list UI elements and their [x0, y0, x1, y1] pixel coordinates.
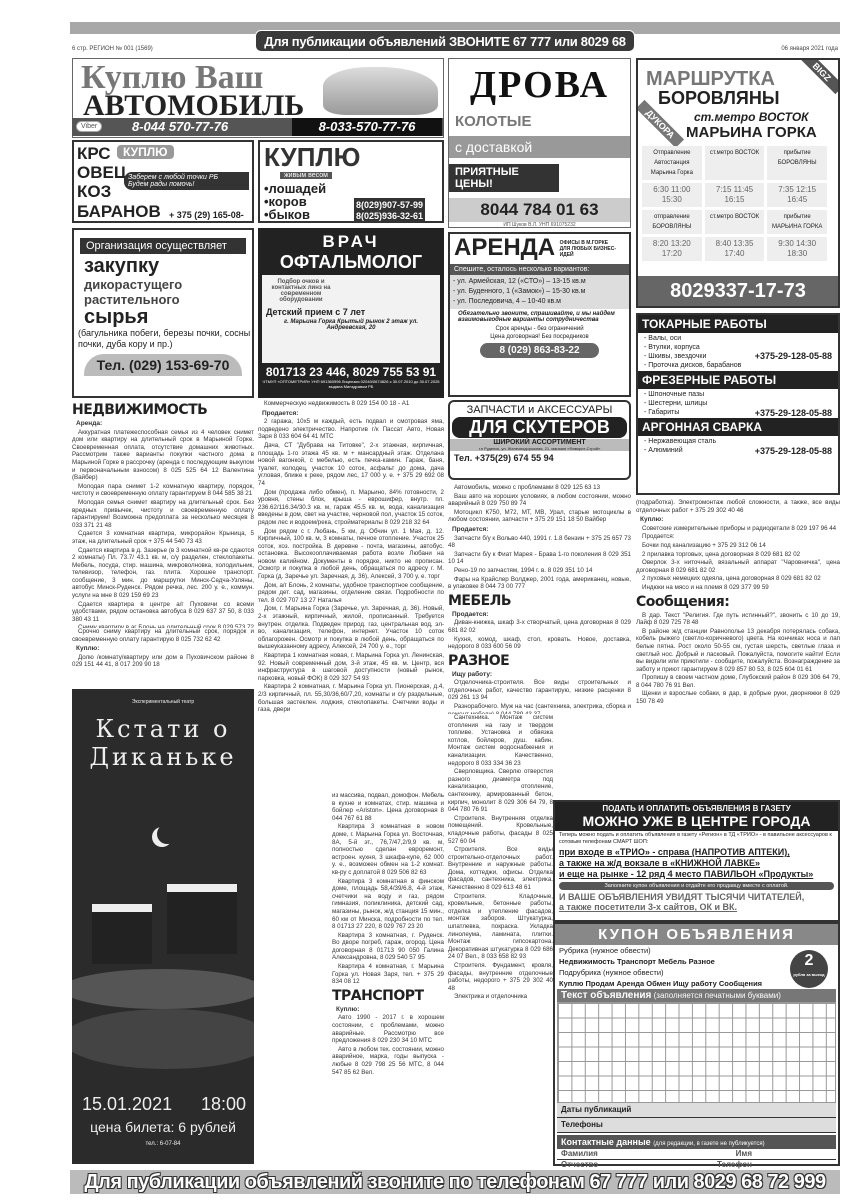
zak-l4: сырья — [84, 307, 252, 328]
vrach-panel: Подбор очков и контактных линз на соврем… — [262, 275, 440, 363]
ad-item: Запчасти б/у к Вольво 440, 1991 г. 1.8 б… — [448, 535, 631, 550]
tok-s2: ФРЕЗЕРНЫЕ РАБОТЫ — [638, 371, 838, 389]
poster-time: 18:00 — [201, 1094, 246, 1115]
ad-item: Рено-19 по запчастям, 1994 г. в. 8 029 3… — [448, 567, 631, 575]
drova-title: ДРОВА — [449, 63, 630, 107]
ad-item: Бочки под канализацию + 375 29 312 06 14 — [636, 542, 840, 550]
ad-item: Сдается квартира в д. Зазерье (в 3 комна… — [72, 547, 254, 600]
ad-item: Строителя. Все виды строительно-отделочн… — [448, 846, 553, 892]
section-title-realty: НЕДВИЖИМОСТЬ — [72, 402, 254, 418]
subsection-buy: Куплю: — [76, 645, 254, 653]
ad-item: Молодая семья снимет квартиру на длитель… — [72, 499, 254, 529]
surname-field[interactable]: Фамилия — [561, 1149, 598, 1159]
livestock-items: •лошадей •коров •быков — [264, 182, 326, 221]
drova-legal: ИП Шуков В.Л. УНП 691075232 — [449, 222, 630, 228]
ad-coupon-form: КУПОН ОБЪЯВЛЕНИЯ 2рубля за выход Рубрика… — [553, 922, 840, 1166]
ad-item: Сантехника. Монтаж систем отопления на г… — [448, 714, 553, 767]
ad-item: Автомобиль, можно с проблемами 8 029 125… — [448, 484, 631, 492]
schedule-cell: 8:20 13:20 17:20 — [642, 237, 702, 261]
tok-s3: АРГОННАЯ СВАРКА — [638, 418, 838, 436]
ad-item: Дом, г. Марьина Горка (Заречье, ул. Заре… — [258, 605, 444, 651]
promo-hd1: ПОДАТЬ И ОПЛАТИТЬ ОБЪЯВЛЕНИЯ В ГАЗЕТУ — [555, 802, 838, 813]
ad-item: 2 прилавка торговых, цена договорная 8 0… — [636, 551, 840, 559]
zak-details: (багульника побеги, березы почки, сосны … — [78, 328, 252, 350]
ad-item: Строителя. Кладочные, кровельные, бетонн… — [448, 893, 553, 961]
zak-header: Организация осуществляет — [80, 238, 246, 254]
ad-item: Сдается квартира в центре а/г Пуховичи с… — [72, 601, 254, 624]
schedule-cell: отправление БОРОВЛЯНЫ — [642, 210, 702, 234]
promo-r1: И ВАШЕ ОБЪЯВЛЕНИЯ УВИДЯТ ТЫСЯЧИ ЧИТАТЕЛЕ… — [555, 892, 838, 902]
text-label-hint: (заполняется печатными буквами) — [654, 991, 781, 1000]
subsection-sell: Продается: — [262, 410, 444, 418]
ad-item: Дом, а/г Блонь, 2 комнаты, удобное транс… — [258, 582, 444, 605]
skut-l2: ДЛЯ СКУТЕРОВ — [452, 417, 627, 438]
marsh-line2: БОРОВЛЯНЫ — [658, 88, 779, 109]
ad-item: Коммерческую недвижимость 8 029 154 00 1… — [258, 400, 444, 408]
ad-item: Квартира 1 комнатная новая, г. Марьина Г… — [258, 652, 444, 682]
ad-item: Сверловщика. Сверлю отверстия разного ди… — [448, 768, 553, 814]
ad-livestock-krs: КРС ОВЕЦ КОЗ БАРАНОВ КУПЛЮ Заберем с люб… — [72, 140, 254, 223]
ad-item: из массива, подвал, домофон. Мебель в ку… — [332, 792, 444, 822]
ad-item: Авто в любом тех. состоянии, можно авари… — [332, 1046, 444, 1076]
name-field[interactable]: Имя — [736, 1149, 752, 1159]
livestock-sub: живым весом — [280, 172, 332, 179]
ad-item: Щенки и взрослые собаки, в дар, в добрые… — [636, 690, 840, 705]
zak-l1: закупку — [84, 256, 252, 277]
krs-slogan: Заберем с любой точки РБ Будем рады помо… — [124, 172, 249, 190]
ad-item: Разнорабочего. Муж на час (сантехника, э… — [448, 703, 631, 714]
section-title-messages: Сообщения: — [636, 594, 840, 610]
ad-item: Квартира 2 комнатная, г. Марьина Горка у… — [258, 683, 444, 713]
page-info: 6 стр. РЕГИОН № 001 (1569) — [72, 46, 153, 52]
promo-pill: Заполните купон объявления и отдайте его… — [559, 882, 834, 890]
vrach-p3: г. Марьина Горка Крытый рынок 2 этаж ул.… — [266, 319, 436, 331]
subsection-transport-sell: Продается: — [452, 526, 631, 534]
classifieds-col-1: НЕДВИЖИМОСТЬ Аренда: Аккуратная платежес… — [72, 400, 254, 628]
promo-l1: Теперь можно подать и оплатить объявлени… — [555, 831, 838, 847]
marsh-phone: 8029337-17-73 — [638, 276, 838, 306]
ad-item: Фары на Крайслер Волджер, 2001 года, аме… — [448, 576, 631, 591]
promo-u1: при входе в «ТРИО» - справа (НАПРОТИВ АП… — [555, 847, 838, 858]
vrach-p1: Подбор очков и контактных линз на соврем… — [266, 279, 336, 303]
contact-label-main: Контактные данные — [561, 1137, 651, 1147]
ad-item: 2 пуховых немецких одеяла, цена договорн… — [636, 575, 840, 583]
drova-sub2: с доставкой — [449, 136, 630, 158]
subsection-misc-buy: Куплю: — [640, 516, 840, 524]
ad-item: Молодая пара снимет 1-2 комнатную кварти… — [72, 483, 254, 498]
tok-item: - Шестерни, шлицы — [644, 399, 832, 408]
ad-item: Диван-книжка, шкаф 3-х створчатый, цена … — [448, 619, 631, 634]
zak-l2: дикорастущего — [84, 277, 252, 292]
classifieds-col-3: Автомобиль, можно с проблемами 8 029 125… — [448, 484, 631, 714]
vrach-l1: ВРАЧ — [258, 232, 444, 252]
livestock-title: КУПЛЮ — [264, 142, 360, 173]
ad-item: Ваш авто на хороших условиях, в любом со… — [448, 493, 631, 508]
vrach-phone: 801713 23 446, 8029 755 53 91 — [258, 365, 444, 379]
ad-herb-purchase: Организация осуществляет закупку дикорас… — [72, 228, 254, 398]
zak-l3: растительного — [84, 292, 252, 307]
ad-item: 2 гаража, 10х5 м каждый, есть подвал и с… — [258, 418, 444, 441]
house-illustration — [167, 884, 237, 954]
schedule-cell: 9:30 14:30 18:30 — [767, 237, 827, 261]
subsection-furniture-sell: Продается: — [452, 611, 631, 619]
promo-box: ПОДАТЬ И ОПЛАТИТЬ ОБЪЯВЛЕНИЯ В ГАЗЕТУ МО… — [553, 800, 840, 922]
classifieds-col-3b: Сантехника. Монтаж систем отопления на г… — [448, 714, 553, 1167]
schedule-cell: ст.метро ВОСТОК — [705, 210, 765, 234]
badge-number: 2 — [790, 950, 828, 972]
ad-machining: ТОКАРНЫЕ РАБОТЫ - Валы, оси - Втулки, ко… — [636, 313, 840, 495]
subsection-misc-sell: Продается: — [636, 533, 840, 541]
subsection-rent: Аренда: — [76, 420, 254, 428]
snow-hill — [72, 969, 254, 1009]
ad-item: Аккуратная платежеспособная семья из 4 ч… — [72, 429, 254, 482]
ad-item: Сдается 3 комнатная квартира, микрорайон… — [72, 530, 254, 545]
schedule-cell: 7:35 12:15 16:45 — [767, 183, 827, 207]
krs-item: БАРАНОВ — [77, 202, 161, 221]
contact-label-hint: (для редакции, в газете не публикуется) — [653, 1141, 764, 1147]
house-illustration — [92, 904, 152, 964]
krs-item: ОВЕЦ — [77, 163, 126, 182]
badge-text: рубля за выход — [790, 972, 828, 977]
schedule-cell: прибытие БОРОВЛЯНЫ — [767, 146, 827, 180]
tok-s3-list: - Нержавеющая сталь - Алюминий +375-29-1… — [638, 436, 838, 456]
tok-s1: ТОКАРНЫЕ РАБОТЫ — [638, 315, 838, 333]
page-date: 06 января 2021 года — [781, 46, 838, 52]
poster-date: 15.01.2021 — [82, 1094, 172, 1115]
vrach-p2: Детский прием с 7 лет — [266, 307, 436, 317]
section-title-furniture: МЕБЕЛЬ — [448, 593, 631, 609]
marsh-line4: МАРЬИНА ГОРКА — [686, 124, 817, 141]
ad-ophthalmologist: ВРАЧ ОФТАЛЬМОЛОГ Подбор очков и контактн… — [258, 228, 444, 398]
vrach-l2: ОФТАЛЬМОЛОГ — [258, 252, 444, 273]
tok-item: - Шпоночные пазы — [644, 390, 832, 399]
ad-item: Квартира 4 комнатная, г. Марьина Горка у… — [332, 963, 444, 986]
krs-slogan-1: Заберем с любой точки РБ — [128, 174, 245, 181]
ad-scooter-parts: ЗАПЧАСТИ и АКСЕССУАРЫ ДЛЯ СКУТЕРОВ ШИРОК… — [448, 400, 631, 480]
krs-phone: + 375 (29) 165-08-08 — [169, 210, 252, 223]
marsh-line3: ст.метро ВОСТОК — [694, 110, 809, 124]
poster-price: цена билета: 6 рублей — [72, 1119, 254, 1135]
car-image — [323, 67, 438, 115]
ad-item: В районе ж/д станции Равнополье 13 декаб… — [636, 628, 840, 674]
drova-sub3: ПРИЯТНЫЕ ЦЕНЫ! — [449, 164, 559, 192]
ad-item: Квартира 3 комнатная в новом доме, г. Ма… — [332, 823, 444, 876]
classifieds-col-2: Коммерческую недвижимость 8 029 154 00 1… — [258, 400, 444, 792]
poster-org: Экспериментальный театр — [72, 699, 254, 705]
poster-title: Кстати о Диканьке — [72, 715, 254, 771]
arenda-option: - ул. Армейская, 12 («СТО») – 13-15 кв.м — [453, 277, 626, 287]
ad-item: Дом (продажа либо обмен), п. Марьино, 84… — [258, 489, 444, 527]
ad-item: Мотоцикл К750, М72, МТ, МВ, Урал, старые… — [448, 509, 631, 524]
coupon-title: КУПОН ОБЪЯВЛЕНИЯ — [555, 924, 838, 945]
ad-livestock-weight: КУПЛЮ живым весом •лошадей •коров •быков… — [258, 140, 444, 223]
ad-office-rent: АРЕНДА ОФИСЫ В М.ГОРКЕ ДЛЯ ЛЮБЫХ БИЗНЕС-… — [448, 232, 631, 397]
tok-s1-list: - Валы, оси - Втулки, корпуса - Шкивы, з… — [638, 333, 838, 371]
livestock-item: •быков — [264, 208, 326, 221]
skut-phone: Тел. +375(29) 674 55 94 — [454, 453, 629, 463]
text-label-main: Текст объявления — [561, 990, 651, 1001]
promo-u2: а также на ж/д вокзале в «КНИЖНОЙ ЛАВКЕ» — [555, 858, 838, 869]
ad-minibus: BIGZ ДУКОРА МАРШРУТКА БОРОВЛЯНЫ ст.метро… — [636, 58, 840, 308]
tok-phone: +375-29-128-05-88 — [755, 352, 832, 361]
tok-item: - Проточка дисков, барабанов — [644, 361, 832, 370]
patronymic-field[interactable]: Отчество — [561, 1160, 598, 1170]
drova-phone: 8044 784 01 63 — [449, 198, 630, 222]
tok-s2-list: - Шпоночные пазы - Шестерни, шлицы - Габ… — [638, 389, 838, 418]
tok-item: - Валы, оси — [644, 334, 832, 343]
arenda-options: - ул. Армейская, 12 («СТО») – 13-15 кв.м… — [450, 275, 629, 309]
schedule-cell: 7:15 11:45 16:15 — [705, 183, 765, 207]
ad-item: Электрика и отделочника — [448, 993, 553, 1001]
theatre-poster: Экспериментальный театр Кстати о Диканьк… — [72, 689, 254, 1164]
moon-icon — [157, 824, 177, 844]
arenda-terms2: Цена договорная! Без посредников — [450, 333, 629, 341]
ad-item: Строителя. Внутренняя отделка помещений.… — [448, 815, 553, 845]
bigz-label: BIGZ — [800, 58, 840, 94]
tok-item: - Нержавеющая сталь — [644, 437, 832, 446]
skut-l3: ШИРОКИЙ АССОРТИМЕНТ — [450, 439, 629, 446]
ad-item: Кухня, комод, шкаф, стол, кровать. Новое… — [448, 636, 631, 651]
ad-item: Дача, СТ "Дубрава на Титовке", 2-х этажн… — [258, 442, 444, 488]
zak-phone: Тел. (029) 153-69-70 — [84, 354, 242, 376]
arenda-title: АРЕНДА — [454, 234, 555, 262]
ad-item: Пропишу в своем частном доме, Глубокский… — [636, 674, 840, 689]
schedule-cell: ст.метро ВОСТОК — [705, 146, 765, 180]
ad-item: Запчасти б/у к Фиат Марея - Брава 1-го п… — [448, 551, 631, 566]
arenda-phone: 8 (029) 863-83-22 — [480, 343, 599, 358]
krs-item: КОЗ — [77, 182, 111, 201]
ad-item: Долю /комнату/квартиру или дом в Пухович… — [72, 654, 254, 669]
ad-item: Оверлок 3-х ниточный, вязальный аппарат … — [636, 559, 840, 574]
car-phone-2: 8-033-570-77-76 — [292, 118, 442, 136]
krs-slogan-2: Будем рады помочь! — [128, 181, 245, 188]
phones-field[interactable]: Телефоны — [557, 1118, 836, 1133]
car-ad-phones: Viber 8-044 570-77-76 8-033-570-77-76 — [72, 118, 444, 136]
section-title-misc: РАЗНОЕ — [448, 653, 631, 669]
arenda-bar: Спешите, осталось несколько вариантов: — [450, 264, 629, 275]
livestock-phone-1: 8(029)907-57-99 — [356, 200, 423, 211]
ad-item: Строителя. Фундамент, кровля, фасады, вн… — [448, 962, 553, 992]
vrach-legal: ЧТМУП «ОПТОМЕТРИЯ» УНП 691360996 Лицензи… — [258, 379, 444, 389]
livestock-phone-2: 8(025)936-32-61 — [356, 211, 423, 222]
krs-item: КРС — [77, 144, 111, 163]
ad-item: Авто 1990 - 2017 г. в хорошем состоянии,… — [332, 1014, 444, 1044]
ad-item: Индюки на мясо и на племя 8 029 377 99 5… — [636, 584, 840, 592]
classifieds-col-2b: из массива, подвал, домофон. Мебель в ку… — [332, 792, 444, 1167]
schedule-cell: 8:40 13:35 17:40 — [705, 237, 765, 261]
promo-u3: и еще на рынке - 12 ряд 4 место ПАВИЛЬОН… — [555, 869, 838, 880]
contact-label: Контактные данные (для редакции, в газет… — [557, 1135, 836, 1149]
arenda-note: Обязательно звоните, спрашивайте, и мы н… — [450, 309, 629, 325]
subsection-job-search: Ищу работу: — [452, 671, 631, 679]
drova-sub1: КОЛОТЫЕ — [455, 113, 630, 130]
ad-item: Отделочника-строителя. Все виды строител… — [448, 679, 631, 702]
arenda-subtitle: ОФИСЫ В М.ГОРКЕ ДЛЯ ЛЮБЫХ БИЗНЕС-ИДЕЙ — [560, 240, 620, 258]
viber-icon: Viber — [76, 121, 102, 132]
tok-phone: +375-29-128-05-88 — [755, 447, 832, 456]
phone-field[interactable]: Телефон — [717, 1160, 752, 1170]
snow-hill — [72, 1009, 254, 1069]
ad-item: Квартира 3 комнатная в финском доме, пло… — [332, 878, 444, 931]
promo-r2: а также посетители 3-х сайтов, ОК и ВК. — [555, 902, 838, 912]
classifieds-col-4: (подработка). Электромонтаж любой сложно… — [636, 499, 840, 795]
ad-item: Квартира 3 комнатная, г. Руденск. Во дво… — [332, 932, 444, 962]
subsection-transport-buy: Куплю: — [336, 1006, 444, 1014]
classifieds-col-1b: Срочно сниму квартиру на длительный срок… — [72, 628, 254, 688]
ad-item: Советские измерительные приборы и радиод… — [636, 525, 840, 533]
skut-l1: ЗАПЧАСТИ и АКСЕССУАРЫ — [450, 404, 629, 416]
arenda-option: - ул. Буденного, 1 («Замок») – 15-30 кв.… — [453, 287, 626, 297]
krs-kuplu-badge: КУПЛЮ — [117, 145, 174, 159]
price-badge: 2рубля за выход — [790, 950, 828, 988]
arenda-option: - ул. Последовича, 4 – 10-40 кв.м — [453, 297, 626, 307]
ad-firewood: ДРОВА КОЛОТЫЕ с доставкой ПРИЯТНЫЕ ЦЕНЫ!… — [448, 58, 631, 228]
ad-item: (подработка). Электромонтаж любой сложно… — [636, 499, 840, 514]
livestock-phones: 8(029)907-57-99 8(025)936-32-61 — [354, 198, 425, 223]
schedule-cell: Отправление Автостанция Марьина Горка — [642, 146, 702, 180]
arenda-terms1: Срок аренды - без ограничений — [450, 325, 629, 333]
schedule-cell: 6:30 11:00 15:30 — [642, 183, 702, 207]
ad-item: Дом рядом с г. Любань, 5 км, д. Обчин ул… — [258, 528, 444, 581]
skut-addr: г.п Руденск, ул. Железнодорожная, 21, ма… — [450, 446, 629, 451]
car-phone-1: 8-044 570-77-76 — [132, 119, 228, 134]
poster-tel: тел.: 6-07-84 — [72, 1141, 254, 1147]
text-grid-input[interactable] — [557, 1002, 836, 1103]
ad-item: Срочно сниму квартиру на длительный срок… — [72, 628, 254, 643]
schedule-cell: прибытие МАРЬИНА ГОРКА — [767, 210, 827, 234]
ad-item: В дар. Текст "Религия. Где путь истинный… — [636, 612, 840, 627]
name-row: ФамилияИмя — [557, 1149, 836, 1160]
section-title-transport: ТРАНСПОРТ — [332, 988, 444, 1004]
dates-field[interactable]: Даты публикаций — [557, 1103, 836, 1118]
promo-hd2: МОЖНО УЖЕ В ЦЕНТРЕ ГОРОДА — [555, 813, 838, 831]
text-label: Текст объявления (заполняется печатными … — [557, 989, 836, 1002]
schedule-table: Отправление Автостанция Марьина Горка ст… — [642, 146, 827, 261]
header-banner: Для публикации объявлений ЗВОНИТЕ 67 777… — [255, 30, 635, 52]
footer-banner: Для публикации объявлений звоните по тел… — [70, 1170, 840, 1194]
tok-phone: +375-29-128-05-88 — [755, 409, 832, 418]
